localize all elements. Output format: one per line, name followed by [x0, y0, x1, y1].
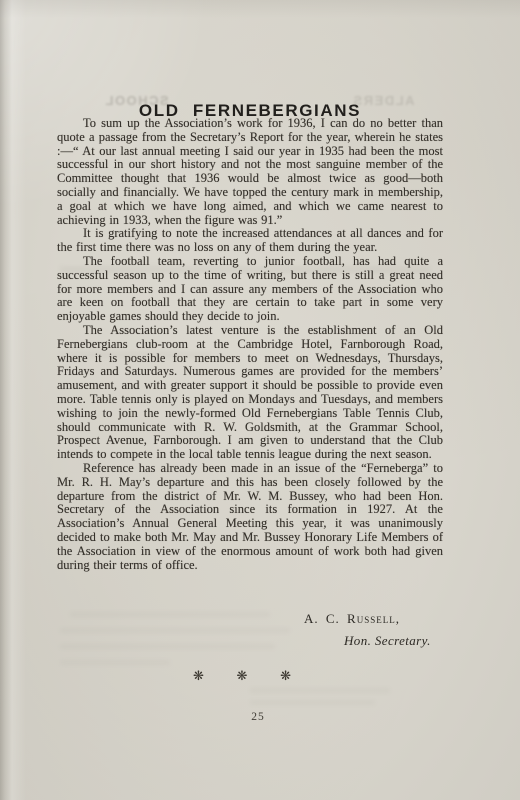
bleed-through-band [250, 700, 375, 705]
paragraph: It is gratifying to note the increased a… [57, 227, 443, 255]
paragraph: To sum up the Association’s work for 193… [57, 117, 443, 227]
signature-role: Hon. Secretary. [344, 633, 431, 649]
page-edge-shadow-top [0, 0, 520, 18]
signature-name: A. C. Russell, [304, 611, 431, 627]
bleed-through-band [60, 660, 170, 665]
ornament-row: ❋ ❋ ❋ [193, 668, 291, 684]
fleuron-icon: ❋ [193, 668, 204, 684]
fleuron-icon: ❋ [237, 668, 248, 684]
bleed-through-band [70, 612, 270, 617]
paragraph: The football team, reverting to junior f… [57, 255, 443, 324]
scanned-page: SCHOOL ALDERS OLD FERNEBERGIANS To sum u… [0, 0, 520, 800]
fleuron-icon: ❋ [280, 668, 291, 684]
bleed-through-band [60, 644, 275, 649]
paragraph: Reference has already been made in an is… [57, 462, 443, 572]
bleed-through-band [60, 628, 290, 633]
paragraph: The Association’s latest venture is the … [57, 324, 443, 462]
article-body: To sum up the Association’s work for 193… [57, 117, 443, 572]
signature-block: A. C. Russell, Hon. Secretary. [304, 611, 431, 649]
page-edge-shadow-left [0, 0, 26, 800]
bleed-through-band [250, 688, 390, 693]
page-number: 25 [0, 711, 516, 723]
